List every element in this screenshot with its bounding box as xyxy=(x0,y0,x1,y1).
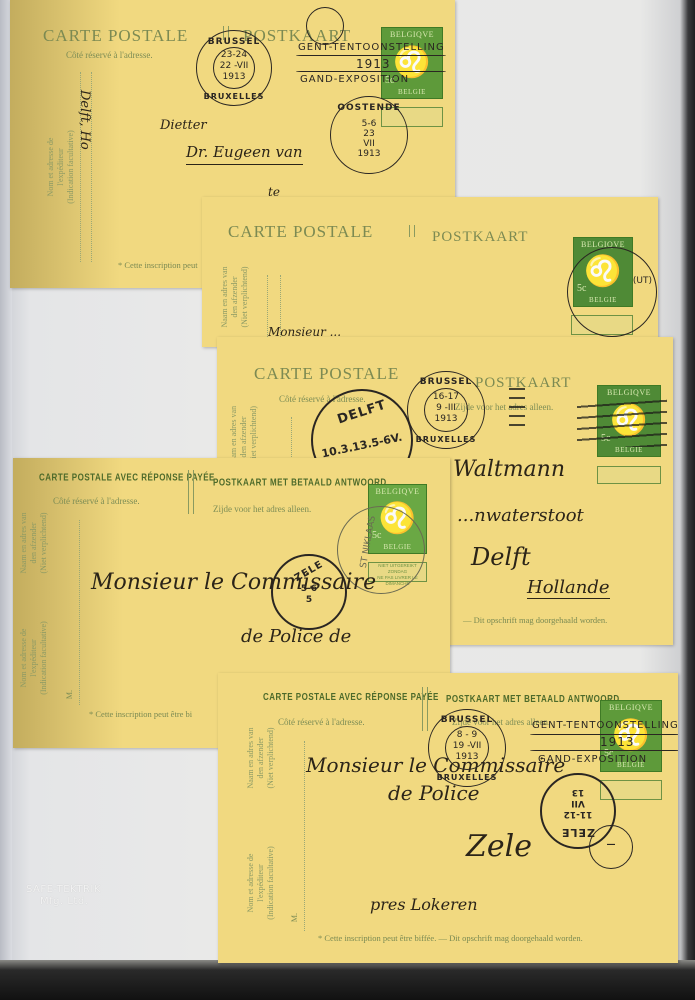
handwriting-sender: Delft, Ho xyxy=(77,90,92,150)
title-separator xyxy=(409,225,415,237)
postmark-circular: (UT) xyxy=(567,247,657,337)
postcard-5: CARTE POSTALE AVEC RÉPONSE PAYÉE POSTKAA… xyxy=(218,673,678,963)
sender-prefix: M. xyxy=(290,913,299,922)
title-separator xyxy=(422,687,428,731)
wavy-cancel xyxy=(509,381,525,433)
wavy-cancel xyxy=(577,397,667,447)
title-separator xyxy=(188,470,194,514)
sender-label-nl: Naam en adres van den afzender (Niet ver… xyxy=(246,703,276,813)
handwriting-line: Zele xyxy=(466,829,532,864)
handwriting-line: Waltmann xyxy=(453,457,565,482)
handwriting-line: Monsieur le Commissaire xyxy=(91,570,376,595)
handwriting-line: Monsieur le Commissaire xyxy=(306,753,565,777)
sender-prefix: M. xyxy=(65,690,74,699)
card-footnote: — Dit opschrift mag doorgehaald worden. xyxy=(463,615,607,625)
address-side-fr: Côté réservé à l'adresse. xyxy=(53,496,140,506)
address-side-nl: Zijde voor het adres alleen. xyxy=(213,504,311,514)
postmark-brussel: BRUSSEL 23-24 22 -VII 1913 BRUXELLES xyxy=(196,30,272,106)
sender-label-fr: Nom et adresse de l'expéditeur (Indicati… xyxy=(246,823,276,943)
card-title-fr: CARTE POSTALE xyxy=(43,26,188,46)
postmark-flag-gent: GENT-TENTOONSTELLING 1913 GAND-EXPOSITIO… xyxy=(296,36,446,92)
postmark-small-circle: — xyxy=(589,825,633,869)
album-imprint: SAFE-TEKTRIK Mfg. Ltd. xyxy=(26,884,101,908)
handwriting-line: Dr. Eugeen van xyxy=(186,143,303,165)
sunday-tab xyxy=(597,466,661,484)
card-footnote: * Cette inscription peut être bi xyxy=(89,709,192,719)
address-side-fr: Côté réservé à l'adresse. xyxy=(278,717,365,727)
sender-label-fr: Nom et adresse de l'expéditeur (Indicati… xyxy=(46,72,76,262)
sender-label-nl: Naam en adres van den afzender (Niet ver… xyxy=(220,257,250,337)
postcard-2: CARTE POSTALE POSTKAART Naam en adres va… xyxy=(202,197,658,347)
card-title-nl: POSTKAART MET BETAALD ANTWOORD xyxy=(213,477,387,489)
card-footnote: * Cette inscription peut être biffée. — … xyxy=(318,933,583,943)
card-title-fr: CARTE POSTALE AVEC RÉPONSE PAYÉE xyxy=(263,691,439,703)
handwriting-line: de Police xyxy=(388,781,480,805)
postmark-oostende: OOSTENDE 5-6 23 VII 1913 xyxy=(330,96,408,174)
postmark-partial xyxy=(306,7,344,45)
card-title-fr: CARTE POSTALE xyxy=(228,222,373,242)
card-footnote: * Cette inscription peut xyxy=(118,260,198,270)
handwriting-line: Hollande xyxy=(527,577,610,599)
postmark-brussel: BRUSSEL 16-17 9 -III 1913 BRUXELLES xyxy=(407,371,485,449)
handwriting-line: de Police de xyxy=(241,626,351,647)
card-title-nl: POSTKAART MET BETAALD ANTWOORD xyxy=(446,693,620,705)
card-title-fr: CARTE POSTALE xyxy=(254,364,399,384)
sender-label-fr: Nom et adresse de l'expéditeur (Indicati… xyxy=(19,603,49,713)
handwriting-line: Dietter xyxy=(160,118,207,133)
handwriting-line: Delft xyxy=(471,543,531,571)
address-side-fr: Côté réservé à l'adresse. xyxy=(66,50,153,60)
handwriting-line: pres Lokeren xyxy=(370,895,478,914)
sender-label-nl: Naam en adres van den afzender (Niet ver… xyxy=(19,498,49,588)
album-binding xyxy=(0,960,695,1000)
handwriting-line: ...nwaterstoot xyxy=(457,505,584,526)
card-title-nl: POSTKAART xyxy=(432,229,528,246)
